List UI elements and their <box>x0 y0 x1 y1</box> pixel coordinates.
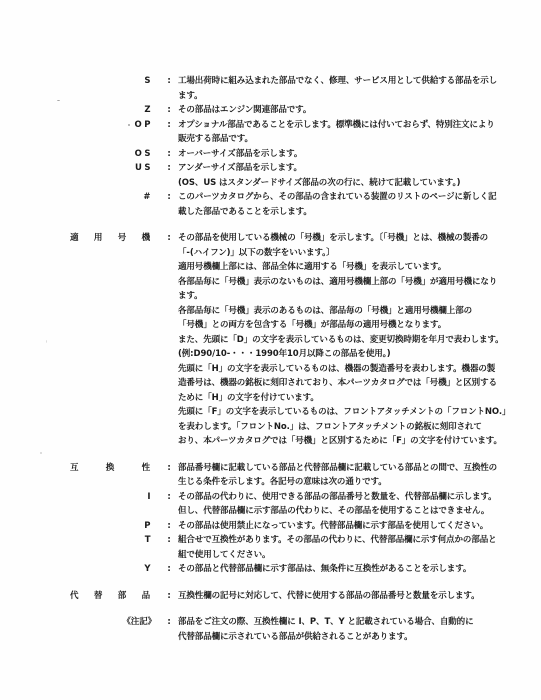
text-line: オーバーサイズ部品を示します。 <box>178 147 522 162</box>
text-line: 組合せで互換性があります。その部品の代わりに、代替部品欄に示す何点かの部品と <box>178 533 522 548</box>
text-line: 販売する部品です。 <box>178 132 522 147</box>
entry-colon: : <box>160 118 178 133</box>
legend-entry: S : 工場出荷時に組み込まれた部品でなく、修理、サービス用として供給する部品を… <box>70 74 522 103</box>
entry-colon: : <box>160 161 178 176</box>
scan-speck <box>40 452 42 454</box>
entry-colon: : <box>160 490 178 505</box>
text-line: このパーツカタログから、その部品の含まれている装置のリストのページに新しく記 <box>178 190 522 205</box>
text-line: 部品番号欄に記載している部品と代替部品欄に記載している部品との間で、互換性の <box>178 461 522 476</box>
entry-colon: : <box>160 231 178 246</box>
entry-text: 部品番号欄に記載している部品と代替部品欄に記載している部品との間で、互換性の生じ… <box>178 461 522 490</box>
text-line: その部品は使用禁止になっています。代替部品欄に示す部品を使用してください。 <box>178 519 522 534</box>
legend-entry: T : 組合せで互換性があります。その部品の代わりに、代替部品欄に示す何点かの部… <box>70 533 522 562</box>
text-line: 先頭に「H」の文字を表示しているものは、機器の製造番号を表わします。機器の製 <box>178 362 522 377</box>
entry-label: 《注記》 <box>70 615 160 630</box>
text-line: 各部品毎に「号機」表示のないものは、適用号機欄上部の「号機」が適用号機になり <box>178 275 522 290</box>
entry-text: オプショナル部品であることを示します。標準機には付いておらず、特別注文により販売… <box>178 118 522 147</box>
text-line: 組で使用してください。 <box>178 548 522 563</box>
text-line: 互換性欄の記号に対応して、代替に使用する部品の部品番号と数量を示します。 <box>178 589 522 604</box>
text-line: 工場出荷時に組み込まれた部品でなく、修理、サービス用として供給する部品を示し <box>178 74 522 89</box>
text-line: おり、本パーツカタログでは「号機」と区別するために「F」の文字を付けています。 <box>178 434 522 449</box>
entry-colon: : <box>160 103 178 118</box>
entry-label: T <box>70 533 160 548</box>
entry-label: US <box>70 161 160 176</box>
scan-speck <box>128 124 130 126</box>
entry-text: その部品と代替部品欄に示す部品は、無条件に互換性があることを示します。 <box>178 562 522 577</box>
text-line: 適用号機欄上部には、部品全体に適用する「号機」を表示しています。 <box>178 260 522 275</box>
text-line: ます。 <box>178 289 522 304</box>
text-line: 「-(ハイフン)」以下の数字をいいます。〕 <box>178 246 522 261</box>
text-line: 生じる条件を示します。各記号の意味は次の通りです。 <box>178 475 522 490</box>
legend-entries: S : 工場出荷時に組み込まれた部品でなく、修理、サービス用として供給する部品を… <box>70 74 522 644</box>
legend-entry: Z : その部品はエンジン関連部品です。 <box>70 103 522 118</box>
entry-text: 工場出荷時に組み込まれた部品でなく、修理、サービス用として供給する部品を示します… <box>178 74 522 103</box>
text-line: その部品を使用している機械の「号機」を示します。〔「号機」とは、機械の製番の <box>178 231 522 246</box>
text-line: 代替部品欄に示されている部品が供給されることがあります。 <box>178 630 522 645</box>
text-line: 「号機」との両方を包含する「号機」が部品毎の適用号機となります。 <box>178 318 522 333</box>
entry-text: 組合せで互換性があります。その部品の代わりに、代替部品欄に示す何点かの部品と組で… <box>178 533 522 562</box>
text-line: ます。 <box>178 89 522 104</box>
entry-text: 部品をご注文の際、互換性欄に I、P、T、Y と記載されている場合、自動的に代替… <box>178 615 522 644</box>
legend-entry: 互換性 : 部品番号欄に記載している部品と代替部品欄に記載している部品との間で、… <box>70 461 522 490</box>
legend-entry: 代替部品 : 互換性欄の記号に対応して、代替に使用する部品の部品番号と数量を示し… <box>70 589 522 604</box>
legend-entry: US : アンダーサイズ部品を示します。(OS、US はスタンダードサイズ部品の… <box>70 161 522 190</box>
text-line: 造番号は、機器の銘板に刻印されており、本パーツカタログでは「号機」と区別する <box>178 376 522 391</box>
text-line: 但し、代替部品欄に示す部品の代わりに、その部品を使用することはできません。 <box>178 504 522 519</box>
text-line: アンダーサイズ部品を示します。 <box>178 161 522 176</box>
entry-colon: : <box>160 562 178 577</box>
text-line: 先頭に「F」の文字を表示しているものは、フロントアタッチメントの「フロントNO.… <box>178 405 522 420</box>
entry-label: P <box>70 519 160 534</box>
text-line: その部品の代わりに、使用できる部品の部品番号と数量を、代替部品欄に示します。 <box>178 490 522 505</box>
legend-entry: 適用号機 : その部品を使用している機械の「号機」を示します。〔「号機」とは、機… <box>70 231 522 449</box>
text-line: 部品をご注文の際、互換性欄に I、P、T、Y と記載されている場合、自動的に <box>178 615 522 630</box>
entry-colon: : <box>160 74 178 89</box>
entry-label: # <box>70 190 160 205</box>
entry-colon: : <box>160 190 178 205</box>
entry-label: I <box>70 490 160 505</box>
scan-speck <box>57 100 60 101</box>
entry-colon: : <box>160 461 178 476</box>
entry-label: OP <box>70 118 160 133</box>
entry-text: オーバーサイズ部品を示します。 <box>178 147 522 162</box>
legend-entry: OS : オーバーサイズ部品を示します。 <box>70 147 522 162</box>
entry-text: アンダーサイズ部品を示します。(OS、US はスタンダードサイズ部品の次の行に、… <box>178 161 522 190</box>
legend-entry: I : その部品の代わりに、使用できる部品の部品番号と数量を、代替部品欄に示しま… <box>70 490 522 519</box>
text-line: 載した部品であることを示します。 <box>178 205 522 220</box>
entry-text: その部品を使用している機械の「号機」を示します。〔「号機」とは、機械の製番の「-… <box>178 231 522 449</box>
legend-entry: P : その部品は使用禁止になっています。代替部品欄に示す部品を使用してください… <box>70 519 522 534</box>
entry-label: Y <box>70 562 160 577</box>
legend-entry: 《注記》 : 部品をご注文の際、互換性欄に I、P、T、Y と記載されている場合… <box>70 615 522 644</box>
scan-speck <box>46 340 47 343</box>
text-line: ために「H」の文字を付けています。 <box>178 391 522 406</box>
text-line: その部品と代替部品欄に示す部品は、無条件に互換性があることを示します。 <box>178 562 522 577</box>
text-line: その部品はエンジン関連部品です。 <box>178 103 522 118</box>
entry-label: OS <box>70 147 160 162</box>
text-line: (例:D90/10-・・・1990年10月以降この部品を使用。) <box>178 347 522 362</box>
entry-colon: : <box>160 589 178 604</box>
entry-colon: : <box>160 533 178 548</box>
scanned-document-page: S : 工場出荷時に組み込まれた部品でなく、修理、サービス用として供給する部品を… <box>0 0 541 700</box>
entry-text: その部品はエンジン関連部品です。 <box>178 103 522 118</box>
entry-colon: : <box>160 147 178 162</box>
entry-text: このパーツカタログから、その部品の含まれている装置のリストのページに新しく記載し… <box>178 190 522 219</box>
text-line: 各部品毎に「号機」表示のあるものは、部品毎の「号機」と適用号機欄上部の <box>178 304 522 319</box>
entry-label: 代替部品 <box>70 589 160 604</box>
legend-entry: Y : その部品と代替部品欄に示す部品は、無条件に互換性があることを示します。 <box>70 562 522 577</box>
entry-text: 互換性欄の記号に対応して、代替に使用する部品の部品番号と数量を示します。 <box>178 589 522 604</box>
legend-entry: # : このパーツカタログから、その部品の含まれている装置のリストのページに新し… <box>70 190 522 219</box>
text-line: (OS、US はスタンダードサイズ部品の次の行に、続けて記載しています。) <box>178 176 522 191</box>
text-line: オプショナル部品であることを示します。標準機には付いておらず、特別注文により <box>178 118 522 133</box>
text-line: を表わします。「フロントNo.」は、フロントアタッチメントの銘板に刻印されて <box>178 420 522 435</box>
text-line: また、先頭に「D」の文字を表示しているものは、変更切換時期を年月で表わします。 <box>178 333 522 348</box>
entry-colon: : <box>160 519 178 534</box>
entry-label: 適用号機 <box>70 231 160 246</box>
entry-colon: : <box>160 615 178 630</box>
entry-text: その部品は使用禁止になっています。代替部品欄に示す部品を使用してください。 <box>178 519 522 534</box>
legend-entry: OP : オプショナル部品であることを示します。標準機には付いておらず、特別注文… <box>70 118 522 147</box>
entry-text: その部品の代わりに、使用できる部品の部品番号と数量を、代替部品欄に示します。但し… <box>178 490 522 519</box>
entry-label: Z <box>70 103 160 118</box>
entry-label: S <box>70 74 160 89</box>
entry-label: 互換性 <box>70 461 160 476</box>
